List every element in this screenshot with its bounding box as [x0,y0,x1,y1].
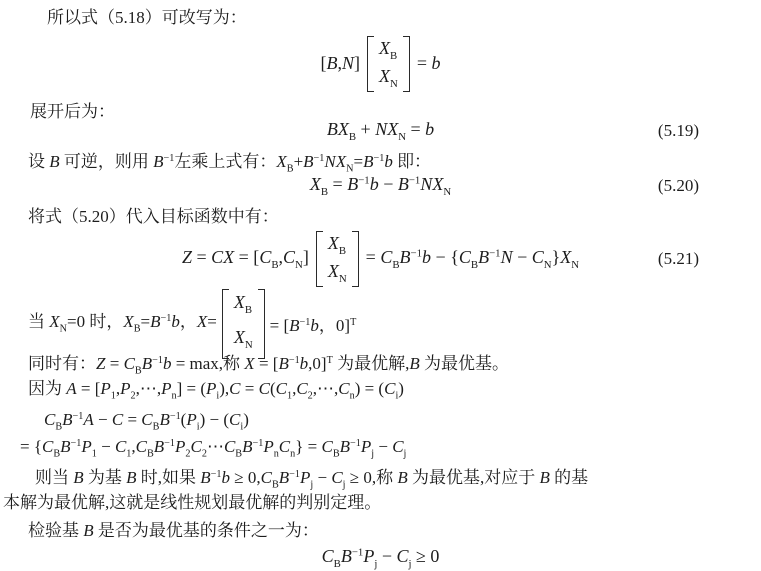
paragraph-rewrite-intro: 所以式（5.18）可改写为： [47,6,247,29]
formula-body: CBB−1Pj − Cj ≥ 0 [322,546,440,570]
formula-5-20: XB = B−1b − B−1NXN (5.20) [0,173,761,199]
matrix-bracket-left [367,36,374,92]
matrix-cell-bottom: XN [379,66,398,90]
matrix-cell-top: XB [379,38,397,62]
formula-optimality-condition: CBB−1Pj − Cj ≥ 0 [0,545,761,571]
matrix-bracket-right [352,231,359,287]
matrix-column: XB XN [374,36,403,92]
paragraph-criterion-theorem-line2: 本解为最优解,这就是线性规划最优解的判别定理。 [3,491,381,514]
matrix-cell-top: XB [234,291,252,322]
paragraph-check-condition: 检验基 B 是否为最优基的条件之一为： [28,519,319,542]
formula-body: XB = B−1b − B−1NXN [310,174,451,198]
equation-number: (5.19) [658,121,699,141]
matrix-cell-top: XB [328,233,346,257]
formula-suffix: = CBB−1b − {CBB−1N − CN}XN [366,247,579,271]
inline-math-prefix: 当 XN=0 时，XB=B−1b，X= [28,307,217,341]
formula-5-21: Z = CX = [CB,CN] XB XN = CBB−1b − {CBB−1… [0,231,761,287]
equation-number: (5.21) [658,249,699,269]
matrix-bracket-right [403,36,410,92]
inline-math-suffix: = [B−1b，0]T [270,311,357,337]
formula-prefix: Z = CX = [CB,CN] [182,247,309,271]
paragraph-substitute-objective: 将式（5.20）代入目标函数中有： [28,205,279,228]
formula-prefix: [B,N] [321,53,361,74]
formula-bn-matrix-eq: [B,N] XB XN = b [0,36,761,92]
column-matrix: XB XN [367,36,410,92]
formula-suffix: = b [417,53,441,74]
matrix-bracket-left [316,231,323,287]
textbook-page: 所以式（5.18）可改写为： [B,N] XB XN = b 展开后为： BXB… [0,0,761,571]
formula-body: BXB + NXN = b [327,119,434,143]
derivation-line-2: = {CBB−1P1 − C1,CBB−1P2C2⋯CBB−1PnCn} = C… [20,432,406,466]
paragraph-because-a-c: 因为 A = [P1,P2,⋯,Pn] = (Pi),C = C(C1,C2,⋯… [28,377,404,408]
matrix-cell-bottom: XN [328,261,347,285]
formula-5-19: BXB + NXN = b (5.19) [0,118,761,144]
column-matrix: XB XN [316,231,359,287]
equation-number: (5.20) [658,176,699,196]
matrix-column: XB XN [323,231,352,287]
